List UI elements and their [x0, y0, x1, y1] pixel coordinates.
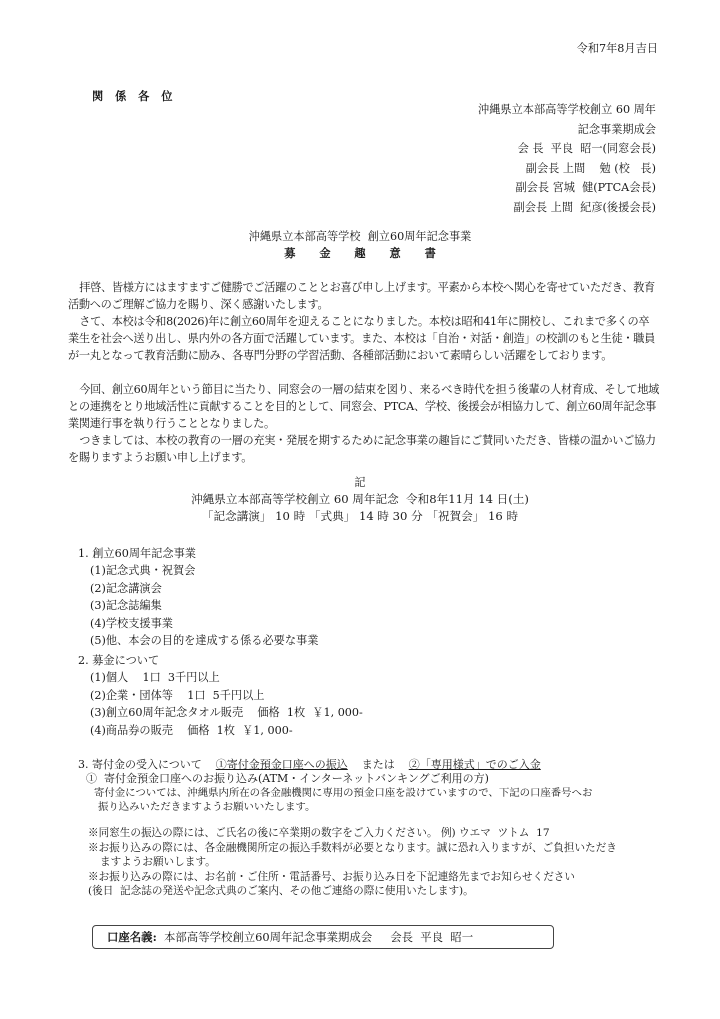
- event-line: 沖縄県立本部高等学校創立 60 周年記念 令和8年11月 14 日(土): [0, 491, 720, 508]
- ki-label: 記: [0, 474, 720, 491]
- detail-line: 振り込みいただきますようお願いいたします。: [78, 800, 592, 814]
- title-main: 沖縄県立本部高等学校 創立60周年記念事業: [0, 228, 720, 245]
- body-paragraph: つきましては、本校の教育の一層の充実・発展を期するために記念事業の趣旨にご賛同い…: [68, 432, 660, 466]
- detail-line: 寄付金については、沖縄県内所在の各金融機関に専用の預金口座を設けていますので、下…: [78, 786, 592, 800]
- section-heading: 1. 創立60周年記念事業: [78, 545, 318, 562]
- body-paragraph: さて、本校は令和8(2026)年に創立60周年を迎えることになりました。本校は昭…: [68, 313, 660, 364]
- sender-block: 沖縄県立本部高等学校創立 60 周年 記念事業期成会 会 長 平良 昭一(同窓会…: [478, 100, 656, 218]
- sender-officer: 副会長 宮城 健(PTCA会長): [478, 178, 656, 198]
- note-contact: ※お振り込みの際には、お名前・ご住所・電話番号、お振り込み日を下記連絡先までお知…: [88, 870, 617, 885]
- list-item: (4)商品券の販売 価格 1枚 ￥1, 000-: [78, 722, 363, 739]
- account-label: 口座名義:: [107, 930, 157, 944]
- sender-officer: 会 長 平良 昭一(同窓会長): [478, 139, 656, 159]
- schedule-line: 「記念講演」 10 時 「式典」 14 時 30 分 「祝賀会」 16 時: [0, 508, 720, 525]
- body-paragraph: 今回、創立60周年という節目に当たり、同窓会の一層の結束を図り、来るべき時代を担…: [68, 381, 660, 432]
- list-item: (4)学校支援事業: [78, 615, 318, 632]
- note-contact-cont: (後日 記念誌の発送や記念式典のご案内、その他ご連絡の際に使用いたします)。: [88, 884, 617, 899]
- option-dedicated-form: ②「専用様式」でのご入金: [409, 758, 541, 771]
- section-fundraising: 2. 募金について (1)個人 1口 3千円以上 (2)企業・団体等 1口 5千…: [78, 652, 363, 739]
- list-item: (2)企業・団体等 1口 5千円以上: [78, 687, 363, 704]
- notes-block: ※同窓生の振込の際には、ご氏名の後に卒業期の数字をご入力ください。 例) ウエマ…: [88, 826, 617, 899]
- note-fees: ※お振り込みの際には、各金融機関所定の振込手数料が必要となります。誠に恐れ入りま…: [88, 841, 617, 856]
- ki-notice: 記 沖縄県立本部高等学校創立 60 周年記念 令和8年11月 14 日(土) 「…: [0, 474, 720, 525]
- sender-org-line2: 記念事業期成会: [478, 120, 656, 140]
- section-heading: 3. 寄付金の受入について ①寄付金預金口座への振込 または ②「専用様式」での…: [78, 758, 592, 772]
- list-item: (5)他、本会の目的を達成する係る必要な事業: [78, 632, 318, 649]
- list-item: (1)個人 1口 3千円以上: [78, 669, 363, 686]
- title-sub: 募 金 趣 意 書: [0, 245, 720, 262]
- sender-officer: 副会長 上間 勉 (校 長): [478, 159, 656, 179]
- issue-date: 令和7年8月吉日: [577, 40, 658, 56]
- option-bank-transfer: ①寄付金預金口座への振込: [216, 758, 348, 771]
- heading-mid: または: [348, 758, 409, 771]
- account-holder: 本部高等学校創立60周年記念事業期成会 会長 平良 昭一: [157, 930, 473, 944]
- account-name-box: 口座名義: 本部高等学校創立60周年記念事業期成会 会長 平良 昭一: [92, 925, 554, 949]
- document-title: 沖縄県立本部高等学校 創立60周年記念事業 募 金 趣 意 書: [0, 228, 720, 262]
- sub-heading: ① 寄付金預金口座へのお振り込み(ATM・インターネットバンキングご利用の方): [78, 772, 592, 786]
- heading-prefix: 3. 寄付金の受入について: [78, 758, 216, 771]
- list-item: (3)創立60周年記念タオル販売 価格 1枚 ￥1, 000-: [78, 704, 363, 721]
- list-item: (2)記念講演会: [78, 580, 318, 597]
- section-commemorative-projects: 1. 創立60周年記念事業 (1)記念式典・祝賀会 (2)記念講演会 (3)記念…: [78, 545, 318, 649]
- section-donation-receipt: 3. 寄付金の受入について ①寄付金預金口座への振込 または ②「専用様式」での…: [78, 758, 592, 814]
- list-item: (3)記念誌編集: [78, 597, 318, 614]
- body-paragraph: 拝啓、皆様方にはますますご健勝でご活躍のこととお喜び申し上げます。平素から本校へ…: [68, 279, 660, 313]
- list-item: (1)記念式典・祝賀会: [78, 562, 318, 579]
- donation-prospectus-page: 令和7年8月吉日 関 係 各 位 沖縄県立本部高等学校創立 60 周年 記念事業…: [0, 0, 720, 1019]
- addressee: 関 係 各 位: [92, 88, 176, 104]
- sender-org-line1: 沖縄県立本部高等学校創立 60 周年: [478, 100, 656, 120]
- sender-officer: 副会長 上間 紀彦(後援会長): [478, 198, 656, 218]
- section-heading: 2. 募金について: [78, 652, 363, 669]
- note-fees-cont: ますようお願いします。: [88, 855, 617, 870]
- note-alumni: ※同窓生の振込の際には、ご氏名の後に卒業期の数字をご入力ください。 例) ウエマ…: [88, 826, 617, 841]
